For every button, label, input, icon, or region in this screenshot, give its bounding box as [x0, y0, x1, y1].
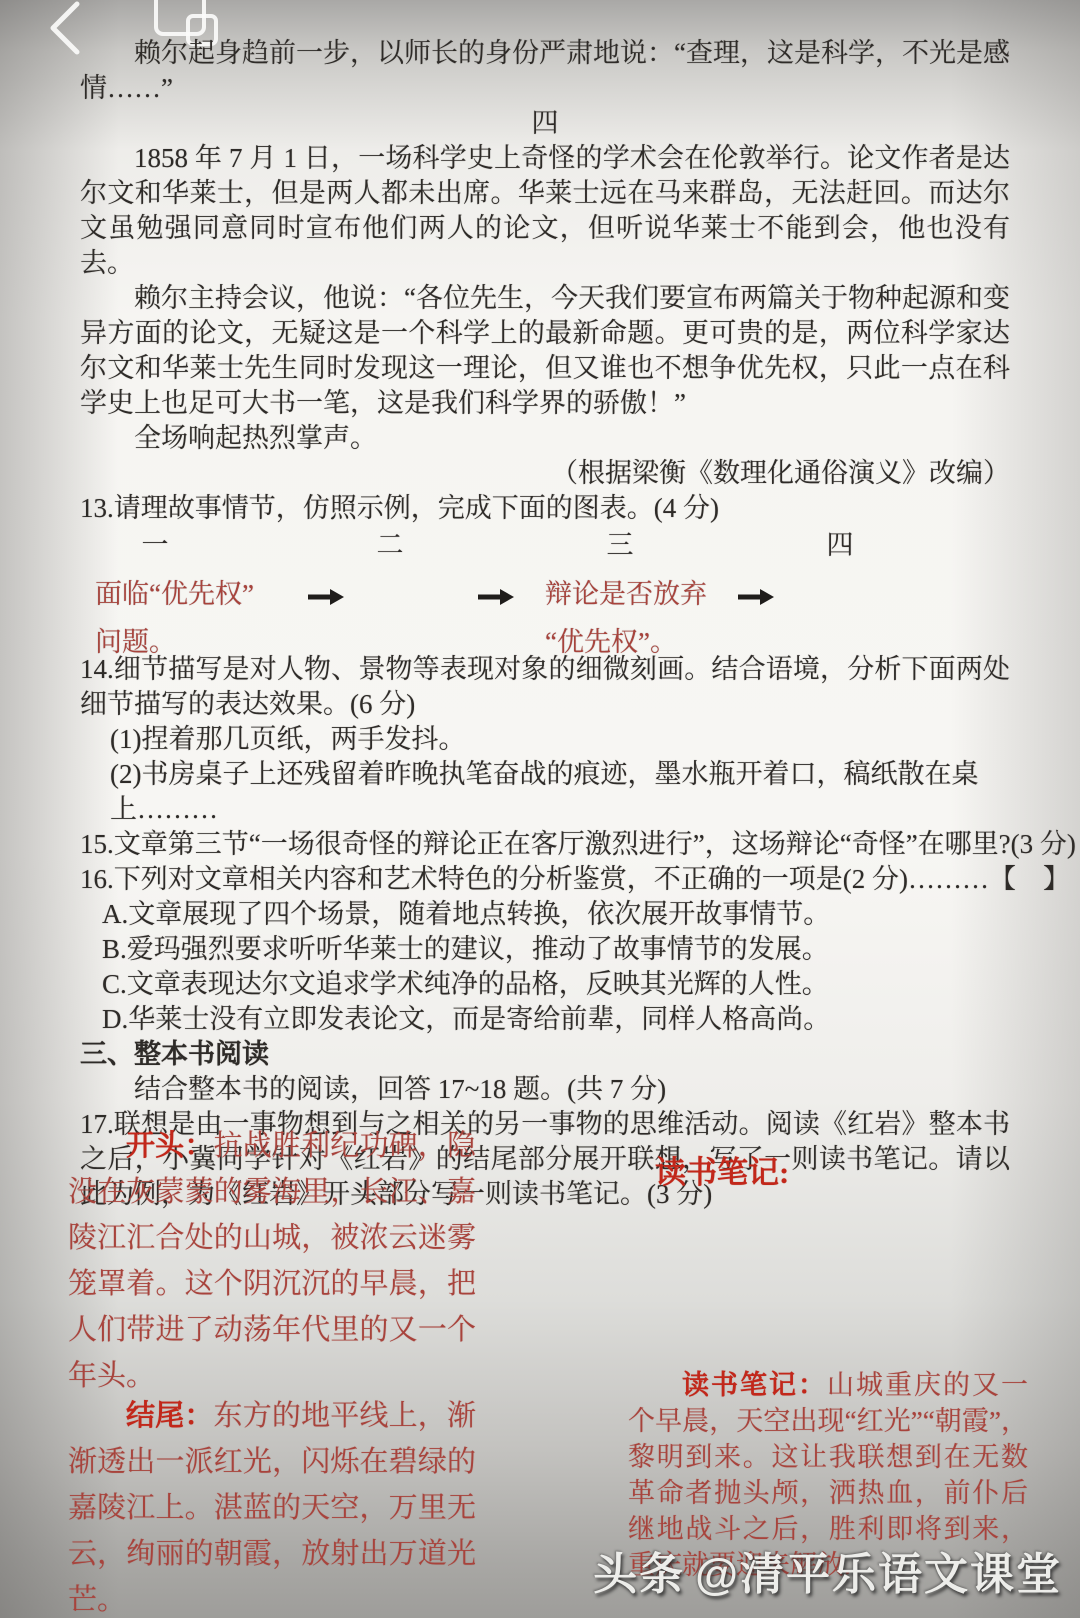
diagram-col-1: 一 [115, 528, 195, 563]
question-13-stem: 13.请理故事情节，仿照示例，完成下面的图表。(4 分) [80, 491, 1010, 526]
question-13-diagram: 一 二 三 四 面临“优先权” 问题。 辩论是否放弃 “优先权”。 [80, 526, 1010, 652]
watermark-brand: 头条 [593, 1550, 685, 1599]
paragraph-1: 1858 年 7 月 1 日，一场科学史上奇怪的学术会在伦敦举行。论文作者是达尔… [80, 141, 1010, 281]
arrow-right-icon [478, 580, 514, 615]
question-16-stem: 16.下列对文章相关内容和艺术特色的分析鉴赏，不正确的一项是(2 分)………【 … [80, 862, 1010, 897]
exam-document: 赖尔起身趋前一步，以师长的身份严肃地说：“查理，这是科学，不光是感情……” 四 … [80, 36, 1010, 1212]
watermark-handle: @清平乐语文课堂 [695, 1550, 1062, 1599]
question-16-option-d: D.华莱士没有立即发表论文，而是寄给前辈，同样人格高尚。 [80, 1002, 1010, 1037]
question-16-option-a: A.文章展现了四个场景，随着地点转换，依次展开故事情节。 [80, 897, 1010, 932]
watermark: 头条@清平乐语文课堂 [593, 1538, 1062, 1602]
reading-note-blank-label: 读书笔记: [655, 1147, 789, 1192]
exam-photo-page: 赖尔起身趋前一步，以师长的身份严肃地说：“查理，这是科学，不光是感情……” 四 … [0, 0, 1080, 1618]
section-3-intro: 结合整本书的阅读，回答 17~18 题。(共 7 分) [80, 1072, 1010, 1107]
question-16-option-b: B.爱玛强烈要求听听华莱士的建议，推动了故事情节的发展。 [80, 932, 1010, 967]
opening-excerpt: 开头：抗战胜利纪功碑，隐没在灰蒙蒙的雾海里，长江、嘉陵江汇合处的山城，被浓云迷雾… [68, 1123, 476, 1399]
question-16-option-c: C.文章表现达尔文追求学术纯净的品格，反映其光辉的人性。 [80, 967, 1010, 1002]
arrow-right-icon [308, 580, 344, 615]
diagram-stage-1: 面临“优先权” 问题。 [95, 570, 254, 666]
ending-excerpt: 结尾：东方的地平线上，渐渐透出一派红光，闪烁在碧绿的嘉陵江上。湛蓝的天空，万里无… [68, 1393, 476, 1618]
part-heading: 四 [80, 106, 1010, 141]
question-14-item-2: (2)书房桌子上还残留着昨晚执笔奋战的痕迹，墨水瓶开着口，稿纸散在桌上……… [80, 757, 1010, 827]
question-15-stem: 15.文章第三节“一场很奇怪的辩论正在客厅激烈进行”，这场辩论“奇怪”在哪里?(… [80, 827, 1010, 862]
section-3-title: 三、整本书阅读 [80, 1037, 1010, 1072]
intro-line: 赖尔起身趋前一步，以师长的身份严肃地说：“查理，这是科学，不光是感情……” [80, 36, 1010, 106]
arrow-right-icon [738, 580, 774, 615]
ending-label: 结尾： [126, 1400, 214, 1432]
diagram-stage-3: 辩论是否放弃 “优先权”。 [545, 570, 707, 666]
paragraph-2: 赖尔主持会议，他说：“各位先生，今天我们要宣布两篇关于物种起源和变异方面的论文，… [80, 281, 1010, 421]
question-14-item-1: (1)捏着那几页纸，两手发抖。 [80, 722, 1010, 757]
paragraph-3: 全场响起热烈掌声。 [80, 421, 1010, 456]
source-line: （根据梁衡《数理化通俗演义》改编） [80, 456, 1010, 491]
diagram-col-4: 四 [800, 528, 880, 563]
reading-note-label: 读书笔记： [682, 1370, 827, 1400]
opening-label: 开头： [126, 1130, 214, 1162]
diagram-col-3: 三 [580, 528, 660, 563]
diagram-col-2: 二 [350, 528, 430, 563]
